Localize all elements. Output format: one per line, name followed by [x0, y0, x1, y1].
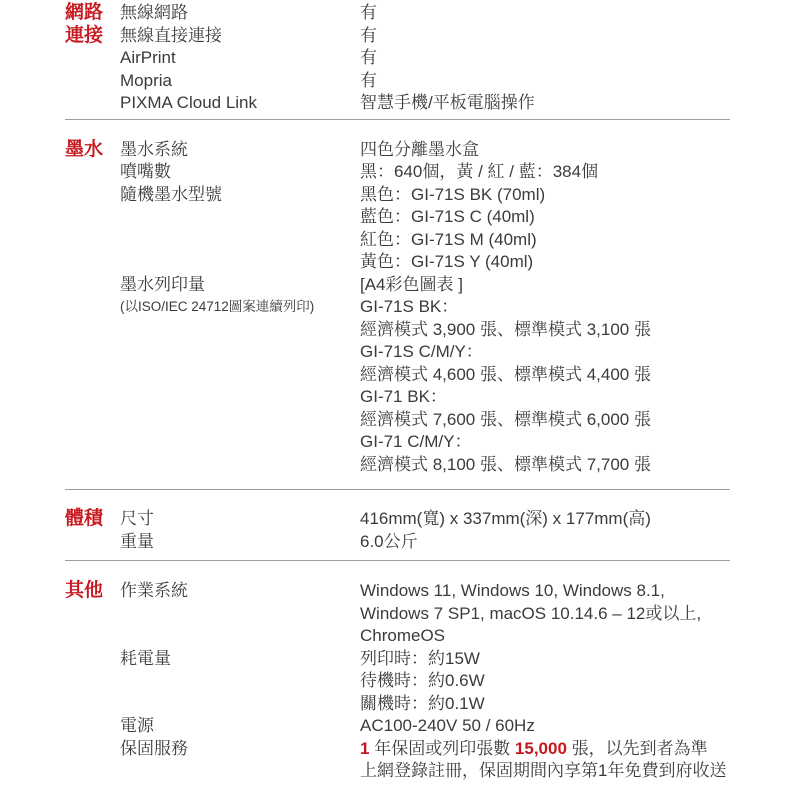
spec-value-line: 經濟模式 7,600 張、標準模式 6,000 張 — [360, 409, 730, 432]
spec-value-line: 經濟模式 3,900 張、標準模式 3,100 張 — [360, 319, 730, 342]
spec-name: PIXMA Cloud Link — [120, 92, 360, 115]
spec-name-note: (以ISO/IEC 24712圖案連續列印) — [120, 296, 360, 319]
spec-value: 有 — [360, 47, 730, 70]
spec-name: 重量 — [120, 531, 360, 554]
spec-row: 無線直接連接 有 — [120, 25, 730, 48]
spec-row: 重量 6.0公斤 — [120, 531, 730, 554]
spec-value-line: 黃色：GI-71S Y (40ml) — [360, 251, 730, 274]
section-network: 網路 連接 無線網路 有 無線直接連接 有 AirPrint 有 Mopria … — [65, 2, 730, 119]
spec-row: 保固服務 1 年保固或列印張數 15,000 張，以先到者為準 上網登錄註冊，保… — [120, 738, 730, 783]
warranty-pages-highlight: 15,000 — [515, 739, 567, 758]
spec-name: AirPrint — [120, 47, 360, 70]
spec-row: 墨水列印量 (以ISO/IEC 24712圖案連續列印) [A4彩色圖表 ] G… — [120, 274, 730, 477]
spec-value-line: 紅色：GI-71S M (40ml) — [360, 229, 730, 252]
spec-row: PIXMA Cloud Link 智慧手機/平板電腦操作 — [120, 92, 730, 115]
spec-value: 智慧手機/平板電腦操作 — [360, 92, 730, 115]
spec-rows: 尺寸 416mm(寬) x 337mm(深) x 177mm(高) 重量 6.0… — [120, 508, 730, 553]
spec-value-line: 藍色：GI-71S C (40ml) — [360, 206, 730, 229]
spec-sheet: 網路 連接 無線網路 有 無線直接連接 有 AirPrint 有 Mopria … — [0, 0, 788, 783]
spec-value-line: 列印時：約15W — [360, 648, 730, 671]
category-label-network: 網路 連接 — [65, 2, 120, 47]
spec-rows: 無線網路 有 無線直接連接 有 AirPrint 有 Mopria 有 PIXM… — [120, 2, 730, 115]
spec-row: 電源 AC100-240V 50 / 60Hz — [120, 715, 730, 738]
spec-value-line: Windows 7 SP1, macOS 10.14.6 – 12或以上, — [360, 603, 730, 626]
spec-row: 作業系統 Windows 11, Windows 10, Windows 8.1… — [120, 580, 730, 648]
spec-value-line: Windows 11, Windows 10, Windows 8.1, — [360, 580, 730, 603]
spec-name: 電源 — [120, 715, 360, 738]
spec-value-line: GI-71S BK： — [360, 296, 730, 319]
spec-name: 耗電量 — [120, 648, 360, 671]
spec-name: 尺寸 — [120, 508, 360, 531]
spec-value-line: [A4彩色圖表 ] — [360, 274, 730, 297]
spec-value: 6.0公斤 — [360, 531, 730, 554]
spec-value: 黑：640個，黃 / 紅 / 藍：384個 — [360, 161, 730, 184]
spec-row: 噴嘴數 黑：640個，黃 / 紅 / 藍：384個 — [120, 161, 730, 184]
spec-row: 墨水系統 四色分離墨水盒 — [120, 139, 730, 162]
section-dimensions: 體積 尺寸 416mm(寬) x 337mm(深) x 177mm(高) 重量 … — [65, 489, 730, 560]
spec-row: AirPrint 有 — [120, 47, 730, 70]
spec-value: 列印時：約15W 待機時：約0.6W 關機時：約0.1W — [360, 648, 730, 716]
spec-name: 隨機墨水型號 — [120, 184, 360, 207]
spec-value-line: 經濟模式 4,600 張、標準模式 4,400 張 — [360, 364, 730, 387]
warranty-text: 年保固或列印張數 — [369, 739, 514, 758]
spec-name: 無線網路 — [120, 2, 360, 25]
spec-rows: 墨水系統 四色分離墨水盒 噴嘴數 黑：640個，黃 / 紅 / 藍：384個 隨… — [120, 139, 730, 477]
spec-name: 噴嘴數 — [120, 161, 360, 184]
warranty-registration-line: 上網登錄註冊，保固期間內享第1年免費到府收送 — [360, 760, 730, 783]
warranty-line: 1 年保固或列印張數 15,000 張，以先到者為準 — [360, 738, 730, 761]
category-label-other: 其他 — [65, 580, 120, 603]
spec-row: Mopria 有 — [120, 70, 730, 93]
spec-value: 四色分離墨水盒 — [360, 139, 730, 162]
spec-row: 無線網路 有 — [120, 2, 730, 25]
spec-row: 尺寸 416mm(寬) x 337mm(深) x 177mm(高) — [120, 508, 730, 531]
spec-value: 有 — [360, 2, 730, 25]
spec-value-line: 黑色：GI-71S BK (70ml) — [360, 184, 730, 207]
spec-name: 無線直接連接 — [120, 25, 360, 48]
spec-value: AC100-240V 50 / 60Hz — [360, 715, 730, 738]
spec-value-line: GI-71 C/M/Y： — [360, 431, 730, 454]
spec-name-main: 墨水列印量 — [120, 274, 360, 297]
spec-value-line: GI-71S C/M/Y： — [360, 341, 730, 364]
category-label-dimensions: 體積 — [65, 508, 120, 531]
spec-value: 有 — [360, 70, 730, 93]
spec-name: Mopria — [120, 70, 360, 93]
spec-name: 作業系統 — [120, 580, 360, 603]
spec-name: 墨水系統 — [120, 139, 360, 162]
spec-value: [A4彩色圖表 ] GI-71S BK： 經濟模式 3,900 張、標準模式 3… — [360, 274, 730, 477]
spec-value-line: ChromeOS — [360, 625, 730, 648]
spec-value-line: GI-71 BK： — [360, 386, 730, 409]
section-other: 其他 作業系統 Windows 11, Windows 10, Windows … — [65, 560, 730, 783]
spec-value: 1 年保固或列印張數 15,000 張，以先到者為準 上網登錄註冊，保固期間內享… — [360, 738, 730, 783]
spec-row: 耗電量 列印時：約15W 待機時：約0.6W 關機時：約0.1W — [120, 648, 730, 716]
spec-value: Windows 11, Windows 10, Windows 8.1, Win… — [360, 580, 730, 648]
category-line: 連接 — [65, 25, 120, 48]
category-line: 網路 — [65, 2, 120, 25]
spec-value: 416mm(寬) x 337mm(深) x 177mm(高) — [360, 508, 730, 531]
spec-name: 保固服務 — [120, 738, 360, 761]
spec-name: 墨水列印量 (以ISO/IEC 24712圖案連續列印) — [120, 274, 360, 319]
spec-value: 有 — [360, 25, 730, 48]
section-ink: 墨水 墨水系統 四色分離墨水盒 噴嘴數 黑：640個，黃 / 紅 / 藍：384… — [65, 119, 730, 490]
spec-value: 黑色：GI-71S BK (70ml) 藍色：GI-71S C (40ml) 紅… — [360, 184, 730, 274]
spec-value-line: 關機時：約0.1W — [360, 693, 730, 716]
spec-rows: 作業系統 Windows 11, Windows 10, Windows 8.1… — [120, 580, 730, 783]
spec-value-line: 經濟模式 8,100 張、標準模式 7,700 張 — [360, 454, 730, 477]
spec-value-line: 待機時：約0.6W — [360, 670, 730, 693]
category-label-ink: 墨水 — [65, 139, 120, 162]
warranty-text: 張，以先到者為準 — [567, 739, 708, 758]
spec-row: 隨機墨水型號 黑色：GI-71S BK (70ml) 藍色：GI-71S C (… — [120, 184, 730, 274]
